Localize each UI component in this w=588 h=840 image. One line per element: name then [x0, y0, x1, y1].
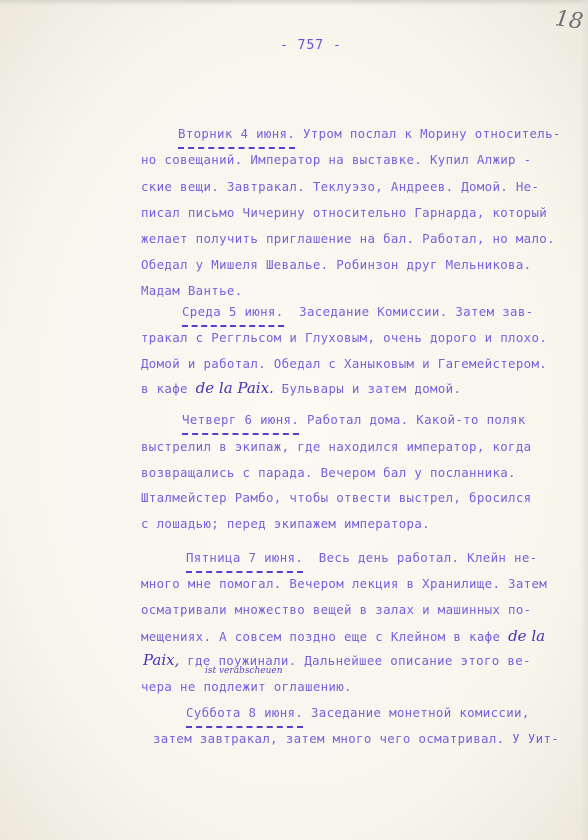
entry-friday-line-2: много мне помогал. Вечером лекция в Хран…: [141, 577, 547, 591]
entry-friday-line-6: чера не подлежит оглашению.: [141, 680, 352, 694]
entry-wednesday-line-1: Среда 5 июня. Заседание Комиссии. Затем …: [182, 305, 533, 319]
entry-wednesday-line-3: Домой и работал. Обедал с Ханыковым и Га…: [141, 357, 547, 371]
handwritten-folio-number: 18: [553, 6, 584, 35]
entry-friday-line-4: мещениях. А совсем поздно еще с Клейном …: [141, 629, 545, 644]
handwritten-insertion: de la: [508, 627, 545, 645]
page-number: - 757 -: [280, 38, 342, 53]
entry-tuesday-line-5: желает получить приглашение на бал. Рабо…: [141, 232, 555, 246]
entry-tuesday-line-6: Обедал у Мишеля Шевалье. Робинзон друг М…: [141, 258, 532, 272]
entry-tuesday-line-3: ские вещи. Завтракал. Теклуэзо, Андреев.…: [141, 180, 539, 194]
entry-thursday-line-1: Четверг 6 июня. Работал дома. Какой-то п…: [182, 413, 526, 427]
entry-date: Четверг 6 июня.: [182, 413, 299, 427]
entry-friday-line-5: Paix, где поужинали. Дальнейшее описание…: [143, 653, 531, 668]
entry-thursday-line-4: Шталмейстер Рамбо, чтобы отвести выстрел…: [141, 491, 532, 505]
entry-saturday-line-1: Суббота 8 июня. Заседание монетной комис…: [186, 706, 530, 720]
document-page: - 757 - 18 Вторник 4 июня. Утром послал …: [0, 0, 588, 840]
entry-friday-line-1: Пятница 7 июня. Весь день работал. Клейн…: [186, 551, 537, 565]
entry-friday-line-3: осматривали множество вещей в залах и ма…: [141, 603, 532, 617]
entry-thursday-line-3: возвращались с парада. Вечером бал у пос…: [141, 466, 516, 480]
entry-tuesday-line-1: Вторник 4 июня. Утром послал к Морину от…: [178, 127, 561, 141]
entry-date: Среда 5 июня.: [182, 305, 284, 319]
entry-wednesday-line-2: тракал с Реггльсом и Глуховым, очень дор…: [141, 331, 547, 345]
entry-tuesday-line-4: писал письмо Чичерину относительно Гарна…: [141, 206, 547, 220]
entry-date: Суббота 8 июня.: [186, 706, 303, 720]
handwritten-insertion: de la Paix.: [196, 379, 274, 397]
entry-tuesday-line-7: Мадам Вантье.: [141, 284, 243, 298]
entry-thursday-line-5: с лошадью; перед экипажем императора.: [141, 517, 430, 531]
page-edge-top: [0, 0, 588, 6]
entry-thursday-line-2: выстрелил в экипаж, где находился импера…: [141, 440, 532, 454]
entry-date: Пятница 7 июня.: [186, 551, 303, 565]
entry-wednesday-line-4: в кафе de la Paix. Бульвары и затем домо…: [141, 381, 461, 396]
entry-saturday-line-2: затем завтракал, затем много чего осматр…: [153, 732, 559, 746]
entry-date: Вторник 4 июня.: [178, 127, 295, 141]
entry-tuesday-line-2: но совещаний. Император на выставке. Куп…: [141, 153, 532, 167]
handwritten-annotation: ist verabscheuen: [205, 666, 283, 676]
page-edge-right: [580, 0, 588, 840]
handwritten-insertion: Paix,: [143, 651, 179, 669]
